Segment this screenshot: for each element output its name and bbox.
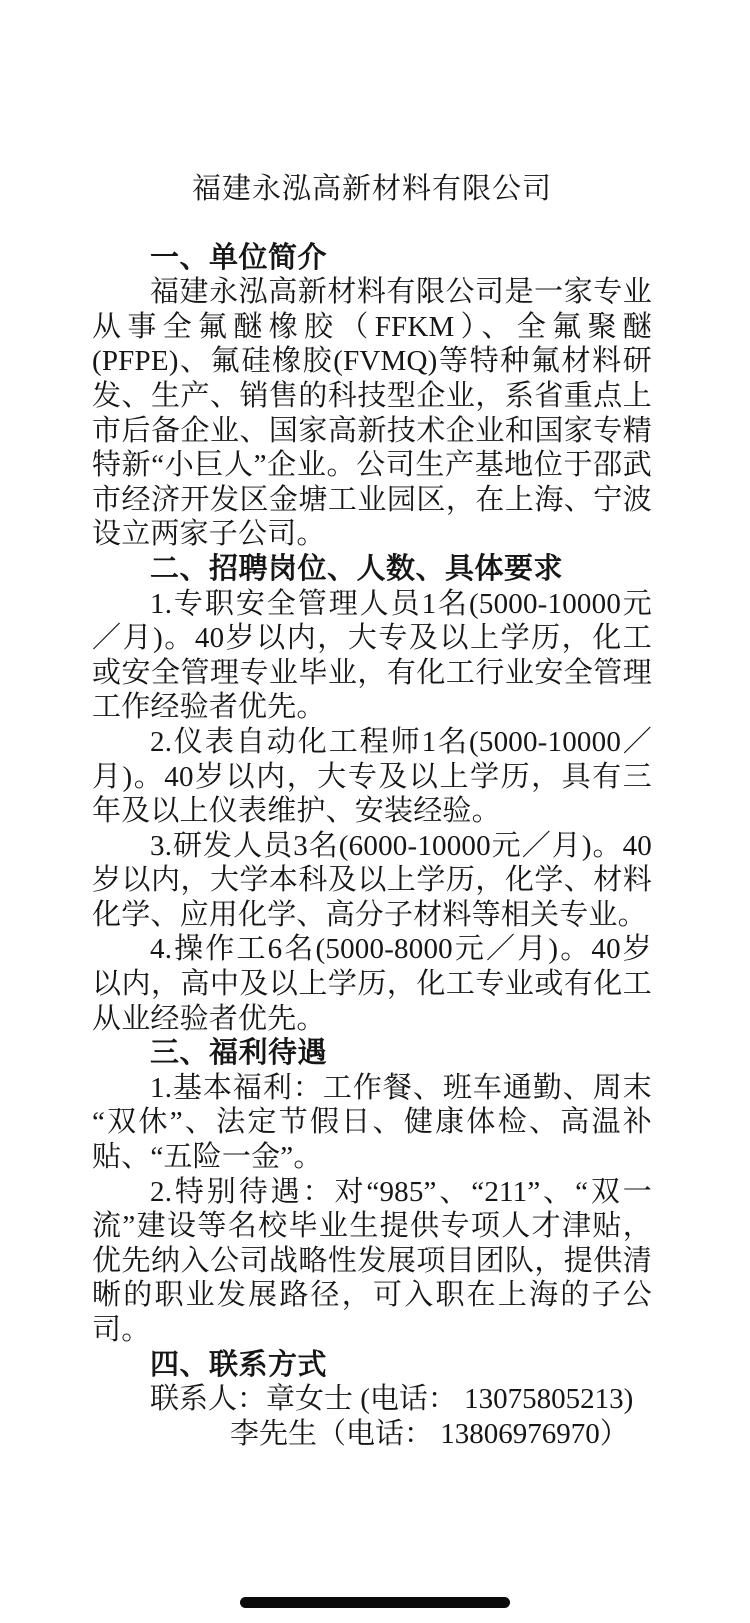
document-body: 福建永泓高新材料有限公司 一、单位简介 福建永泓高新材料有限公司是一家专业从事全… [92, 172, 652, 1451]
position-item-instrument-engineer: 2.仪表自动化工程师1名(5000-10000／月)。40岁以内，大专及以上学历… [92, 725, 652, 829]
position-item-operator: 4.操作工6名(5000-8000元／月)。40岁以内，高中及以上学历，化工专业… [92, 932, 652, 1036]
company-intro-paragraph: 福建永泓高新材料有限公司是一家专业从事全氟醚橡胶（FFKM）、全氟聚醚(PFPE… [92, 275, 652, 552]
document-page: 福建永泓高新材料有限公司 一、单位简介 福建永泓高新材料有限公司是一家专业从事全… [0, 0, 750, 1623]
section-heading-contact: 四、联系方式 [92, 1348, 652, 1383]
benefit-item-special: 2.特别待遇：对“985”、“211”、“双一流”建设等名校毕业生提供专项人才津… [92, 1175, 652, 1348]
contact-line-li: 李先生（电话： 13806976970） [92, 1417, 652, 1452]
section-heading-company-intro: 一、单位简介 [92, 241, 652, 276]
document-title: 福建永泓高新材料有限公司 [92, 172, 652, 207]
position-item-rd-staff: 3.研发人员3名(6000-10000元／月)。40岁以内，大学本科及以上学历，… [92, 829, 652, 933]
section-heading-benefits: 三、福利待遇 [92, 1036, 652, 1071]
home-indicator-bar[interactable] [240, 1597, 510, 1608]
contact-line-zhang: 联系人：章女士 (电话： 13075805213) [92, 1382, 652, 1417]
benefit-item-basic: 1.基本福利：工作餐、班车通勤、周末“双休”、法定节假日、健康体检、高温补贴、“… [92, 1071, 652, 1175]
section-heading-positions: 二、招聘岗位、人数、具体要求 [92, 552, 652, 587]
position-item-safety-manager: 1.专职安全管理人员1名(5000-10000元／月)。40岁以内，大专及以上学… [92, 587, 652, 725]
